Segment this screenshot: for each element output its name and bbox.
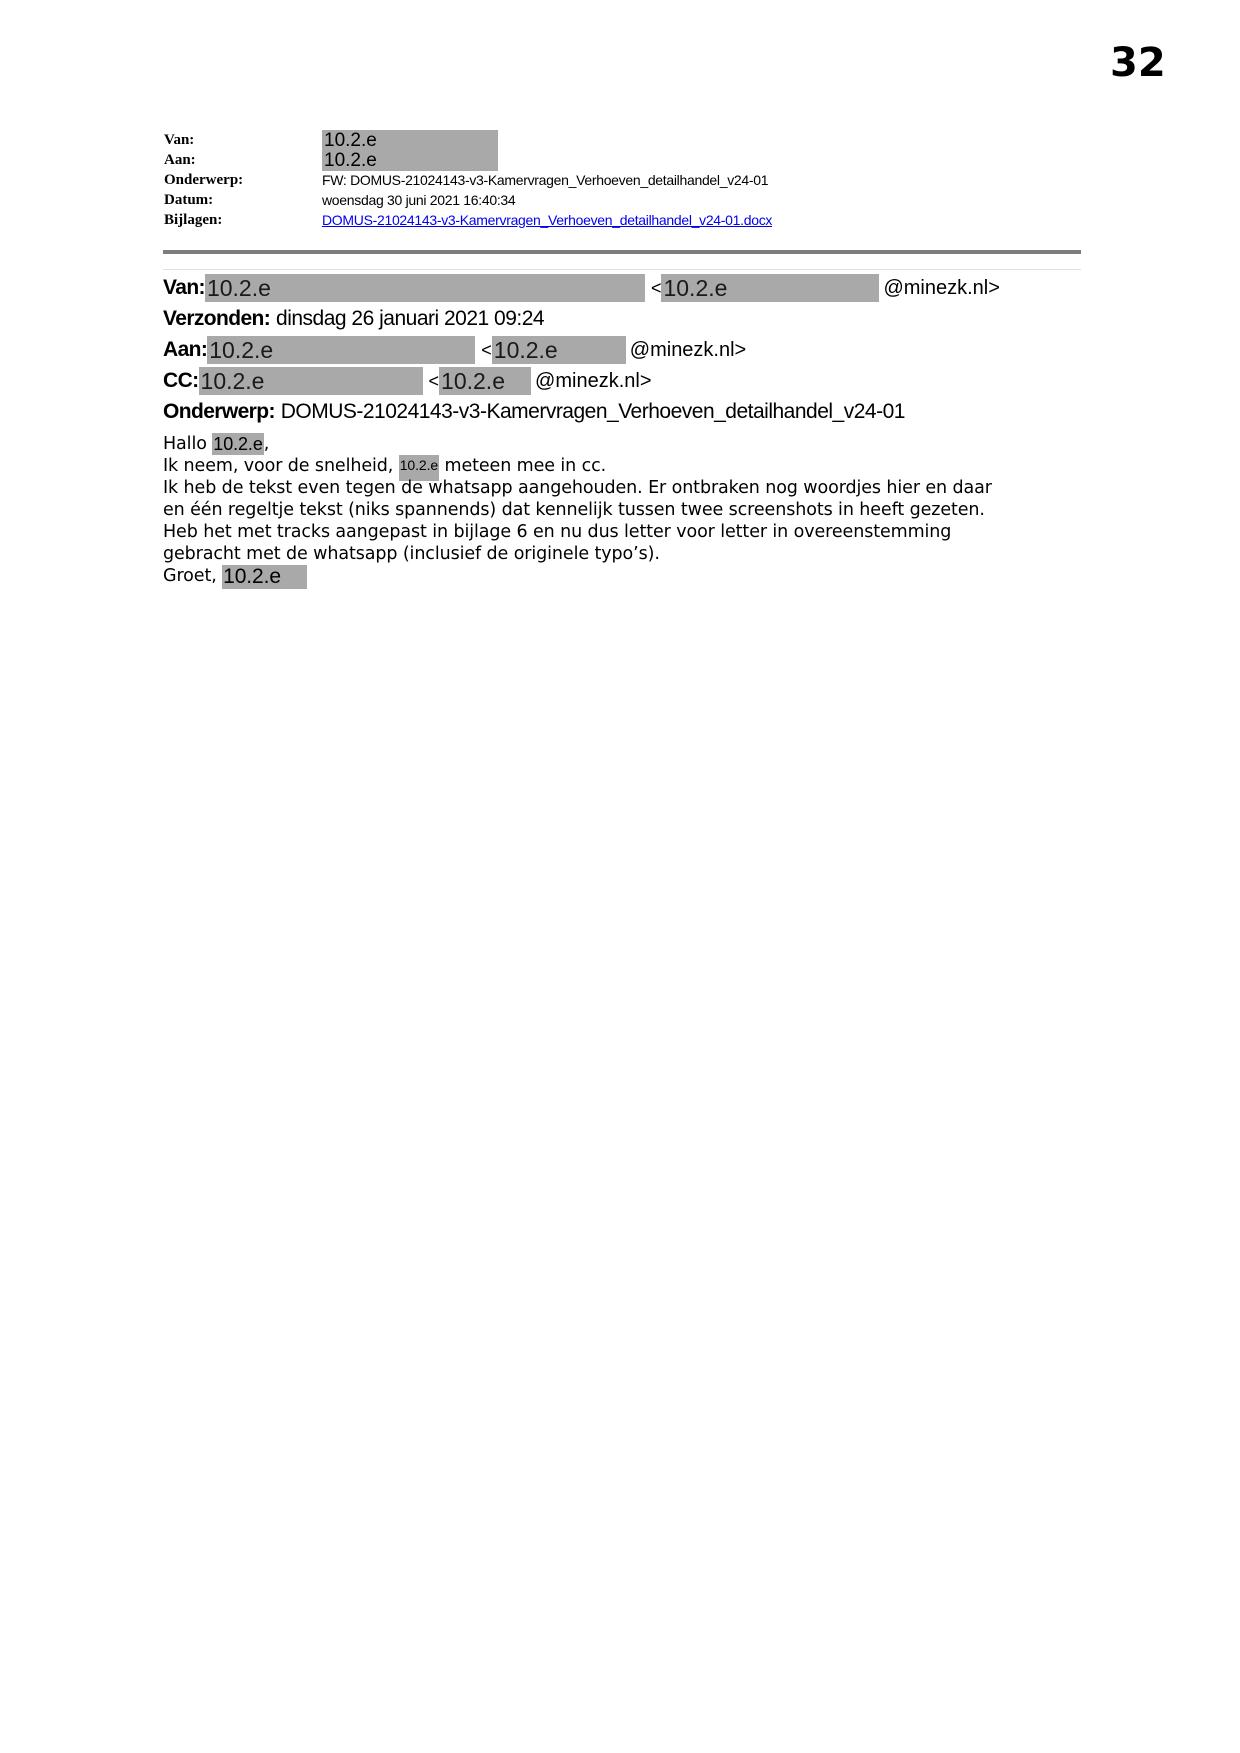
inner-cc-email-redacted: 10.2.e <box>439 367 531 395</box>
inner-to-label: Aan: <box>163 338 207 361</box>
inner-to-row: Aan:10.2.e<10.2.e@minezk.nl> <box>163 336 746 364</box>
body-line-6: gebracht met de whatsapp (inclusief de o… <box>163 543 992 565</box>
outer-to-redacted: 10.2.e <box>322 150 498 171</box>
email-body: Hallo 10.2.e, Ik neem, voor de snelheid,… <box>163 433 992 587</box>
outer-to-label: Aan: <box>164 150 196 170</box>
greeting-text: Hallo <box>163 434 212 454</box>
body-line-2: Ik neem, voor de snelheid, 10.2.e meteen… <box>163 455 992 477</box>
inner-from-email-redacted: 10.2.e <box>661 274 879 302</box>
header-divider-thin <box>163 269 1081 270</box>
line2-prefix: Ik neem, voor de snelheid, <box>163 456 399 476</box>
inner-subject-label: Onderwerp: <box>163 400 275 423</box>
inner-from-name-redacted: 10.2.e <box>205 274 645 302</box>
outer-subject-label: Onderwerp: <box>164 170 243 190</box>
inner-cc-label: CC: <box>163 369 199 392</box>
inner-to-domain: @minezk.nl> <box>630 339 746 361</box>
inner-cc-row: CC:10.2.e<10.2.e@minezk.nl> <box>163 367 652 395</box>
inner-sent-row: Verzonden: dinsdag 26 januari 2021 09:24 <box>163 305 544 333</box>
body-line-3: Ik heb de tekst even tegen de whatsapp a… <box>163 477 992 499</box>
body-closing: Groet, 10.2.e <box>163 565 992 587</box>
inner-from-label: Van: <box>163 276 205 299</box>
inner-cc-domain: @minezk.nl> <box>535 370 651 392</box>
inner-from-domain: @minezk.nl> <box>883 277 999 299</box>
body-line-4: en één regeltje tekst (niks spannends) d… <box>163 499 992 521</box>
page-number: 32 <box>1110 40 1166 86</box>
body-greeting: Hallo 10.2.e, <box>163 433 992 455</box>
outer-date-label: Datum: <box>164 190 213 210</box>
line2-suffix: meteen mee in cc. <box>439 456 606 476</box>
outer-date-value: woensdag 30 juni 2021 16:40:34 <box>322 190 515 210</box>
closing-redacted: 10.2.e <box>222 565 307 589</box>
closing-text: Groet, <box>163 566 222 586</box>
inner-to-email-redacted: 10.2.e <box>492 336 626 364</box>
inner-cc-lt: < <box>429 371 440 391</box>
inner-to-lt: < <box>481 340 492 360</box>
inner-sent-value: dinsdag 26 januari 2021 09:24 <box>276 307 544 330</box>
inner-from-row: Van:10.2.e<10.2.e@minezk.nl> <box>163 274 1000 302</box>
header-divider-thick <box>163 250 1081 254</box>
greeting-suffix: , <box>264 434 269 454</box>
outer-from-redacted: 10.2.e <box>322 130 498 151</box>
outer-attachments-label: Bijlagen: <box>164 210 222 230</box>
attachment-link[interactable]: DOMUS-21024143-v3-Kamervragen_Verhoeven_… <box>322 210 772 230</box>
greeting-redacted: 10.2.e <box>212 433 263 455</box>
outer-subject-value: FW: DOMUS-21024143-v3-Kamervragen_Verhoe… <box>322 170 768 190</box>
inner-from-lt: < <box>651 278 662 298</box>
inner-cc-name-redacted: 10.2.e <box>199 367 423 395</box>
body-line-5: Heb het met tracks aangepast in bijlage … <box>163 521 992 543</box>
inner-sent-label: Verzonden: <box>163 307 270 330</box>
inner-subject-value: DOMUS-21024143-v3-Kamervragen_Verhoeven_… <box>281 400 905 423</box>
outer-from-label: Van: <box>164 130 194 150</box>
inner-to-name-redacted: 10.2.e <box>207 336 475 364</box>
inner-subject-row: Onderwerp: DOMUS-21024143-v3-Kamervragen… <box>163 398 905 426</box>
